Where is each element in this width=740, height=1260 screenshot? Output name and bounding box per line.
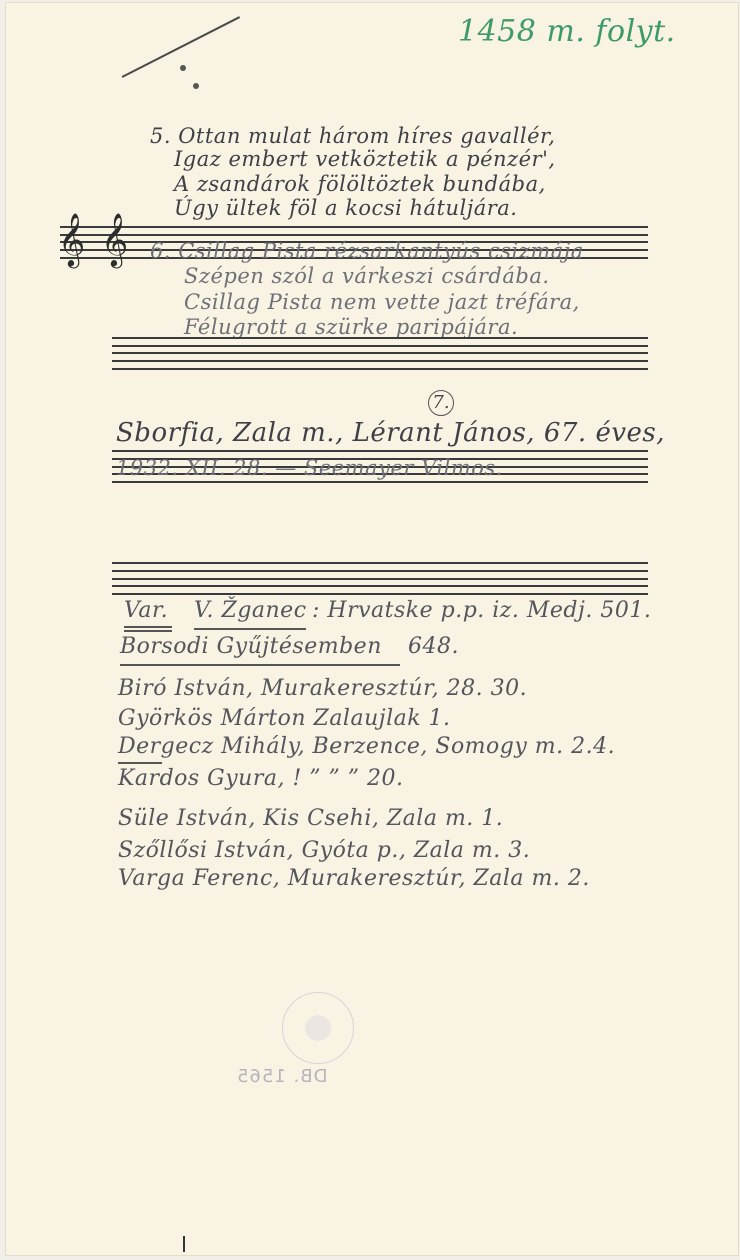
treble-clef-icon: 𝄞: [101, 216, 128, 262]
verse-5-line-2: Igaz embert vetköztetik a pénzér',: [174, 147, 556, 171]
verse-5-line-4: Úgy ültek föl a kocsi hátuljára.: [174, 196, 517, 220]
header-note: 1458 m. folyt.: [458, 14, 676, 49]
continuation-dot-top: [180, 65, 186, 71]
source-line-1: Sborfia, Zala m., Lérant János, 67. éves…: [116, 418, 665, 448]
music-staff-4: [112, 562, 648, 594]
continuation-dot-bottom: [193, 83, 199, 89]
archive-stamp-icon: [282, 992, 354, 1064]
variant-list-item: Dergecz Mihály, Berzence, Somogy m. 2.4.: [118, 734, 615, 759]
verse-6-line-3: Csillag Pista nem vette jazt tréfára,: [184, 290, 580, 314]
variant-list-item: Kardos Gyura, ! ” ” ” 20.: [118, 766, 404, 791]
item-number-circle: 7.: [428, 390, 454, 416]
verse-6-line-1: 6. Csillag Pista rézsarkantyús csizmája: [150, 239, 584, 263]
verse-5-line-1: 5. Ottan mulat három híres gavallér,: [150, 124, 555, 148]
bottom-ink-mark: [183, 1236, 185, 1252]
variant-ref-1-author: V. Žganec: [194, 598, 307, 623]
verse-6-line-2: Szépen szól a várkeszi csárdába.: [184, 264, 550, 288]
variant-list-item: Györkös Márton Zalaujlak 1.: [118, 706, 451, 731]
source-line-2: 1932. XII. 28. — Seemayer Vilmos.: [116, 456, 503, 480]
variants-label-underline-2: [124, 630, 172, 632]
verse-6-line-4: Félugrott a szürke paripájára.: [184, 315, 518, 339]
variant-list-item: Süle István, Kis Csehi, Zala m. 1.: [118, 806, 503, 831]
variants-label-underline: [124, 626, 172, 628]
verse-5-line-3: A zsandárok fölöltöztek bundába,: [174, 172, 546, 196]
variant-list-item: Varga Ferenc, Murakeresztúr, Zala m. 2.: [118, 866, 590, 891]
archive-stamp-number: DB. 1565: [236, 1066, 327, 1087]
variant-ref-2-underline: [120, 664, 400, 666]
variant-ref-2-number: 648.: [408, 634, 459, 659]
music-staff-2: [112, 337, 648, 369]
variant-ref-2-label: Borsodi Gyűjtésemben: [120, 634, 382, 659]
treble-clef-icon: 𝄞: [58, 216, 85, 262]
variant-list-item: Szőllősi István, Gyóta p., Zala m. 3.: [118, 838, 530, 863]
variant-list-item: Biró István, Murakeresztúr, 28. 30.: [118, 676, 527, 701]
variants-label: Var.: [124, 598, 168, 623]
variant-list-underline: [118, 762, 162, 764]
variant-ref-1-rest: : Hrvatske p.p. iz. Medj. 501.: [312, 598, 651, 623]
variant-ref-1-underline: [194, 628, 306, 630]
